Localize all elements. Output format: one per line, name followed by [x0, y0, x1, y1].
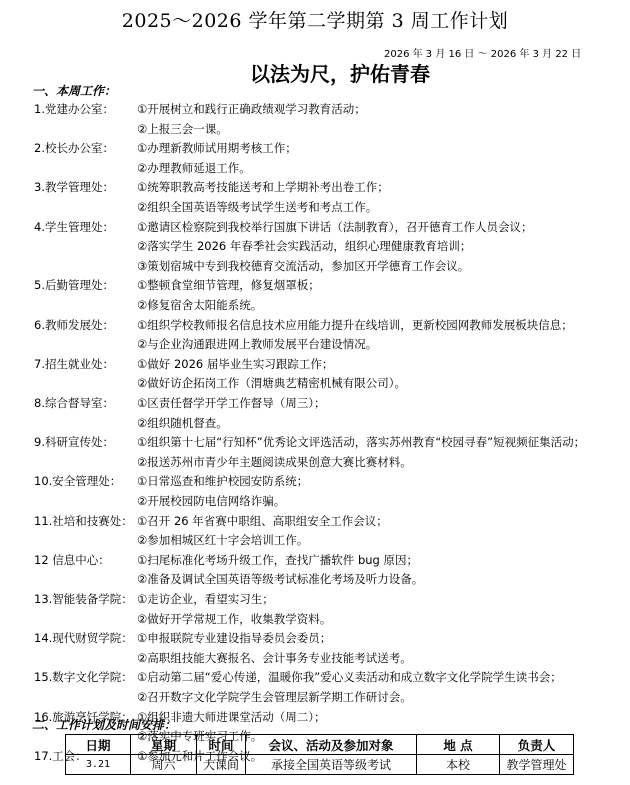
task-item: ①组织学校教师报名信息技术应用能力提升在线培训，更新校园网教师发展板块信息；	[137, 318, 573, 332]
task-item: ②上报三会一课。	[137, 122, 228, 136]
cell-date: 3.21	[66, 755, 131, 775]
task-item: ①区责任督学开学工作督导（周三）；	[137, 396, 326, 410]
department-name: 14.现代财贸学院：	[34, 631, 133, 645]
task-item: ②准备及调试全国英语等级考试标准化考场及听力设备。	[137, 572, 423, 586]
col-time: 时间	[197, 735, 246, 755]
department-name: 1.党建办公室：	[34, 102, 114, 116]
task-item: ②落实学生 2026 年春季社会实践活动，组织心理健康教育培训；	[137, 239, 471, 253]
task-item: ②报送苏州市青少年主题阅读成果创意大赛比赛材料。	[137, 455, 412, 469]
task-item: ②开展校园防电信网络诈骗。	[137, 494, 285, 508]
task-item: ①开展树立和践行正确政绩观学习教育活动；	[137, 102, 366, 116]
task-item: ①日常巡查和维护校园安防系统；	[137, 474, 308, 488]
task-item: ①邀请区检察院到我校举行国旗下讲话（法制教育），召开德育工作人员会议；	[137, 220, 533, 234]
task-item: ③策划宿城中专到我校德育交流活动，参加区开学德育工作会议。	[137, 259, 469, 273]
department-name: 12 信息中心：	[34, 553, 110, 567]
document-title: 2025～2026 学年第二学期第 3 周工作计划	[0, 6, 630, 33]
task-item: ②做好访企拓岗工作（渭塘典艺精密机械有限公司）。	[137, 376, 406, 390]
cell-weekday: 周六	[131, 755, 197, 775]
task-item: ②做好开学常规工作，收集教学资料。	[137, 612, 331, 626]
department-name: 4.学生管理处：	[34, 220, 114, 234]
cell-time: 大课间	[197, 755, 246, 775]
col-date: 日期	[66, 735, 131, 755]
task-item: ①召开 26 年省赛中职组、高职组安全工作会议；	[137, 514, 388, 528]
task-item: ②与企业沟通跟进网上教师发展平台建设情况。	[137, 337, 377, 351]
cell-location: 本校	[417, 755, 500, 775]
task-item: ①统筹职教高考技能送考和上学期补考出卷工作；	[137, 180, 389, 194]
department-name: 13.智能装备学院：	[34, 592, 133, 606]
task-item: ②高职组技能大赛报名、会计事务专业技能考试送考。	[137, 651, 412, 665]
department-name: 6.教师发展处：	[34, 318, 114, 332]
department-name: 8.综合督导室：	[34, 396, 114, 410]
table-row: 3.21 周六 大课间 承接全国英语等级考试 本校 教学管理处	[66, 755, 574, 775]
department-name: 15.数字文化学院：	[34, 670, 133, 684]
department-name: 11.社培和技赛处：	[34, 514, 133, 528]
table-header-row: 日期 星期 时间 会议、活动及参加对象 地 点 负责人	[66, 735, 574, 755]
cell-activity: 承接全国英语等级考试	[246, 755, 417, 775]
task-item: ①启动第二届“爱心传递，温暖你我”爱心义卖活动和成立数字文化学院学生读书会；	[137, 670, 562, 684]
task-item: ①办理新教师试用期考核工作；	[137, 141, 297, 155]
schedule-table: 日期 星期 时间 会议、活动及参加对象 地 点 负责人 3.21 周六 大课间 …	[65, 734, 574, 775]
task-item: ②组织全国英语等级考试学生送考和考点工作。	[137, 200, 377, 214]
department-name: 10.安全管理处：	[34, 474, 121, 488]
department-name: 7.招生就业处：	[34, 357, 114, 371]
task-item: ①做好 2026 届毕业生实习跟踪工作；	[137, 357, 333, 371]
task-item: ①扫尾标准化考场升级工作，查找广播软件 bug 原因；	[137, 553, 418, 567]
task-item: ①申报联院专业建设指导委员会委员；	[137, 631, 331, 645]
section1-heading: 一、本周工作：	[32, 82, 116, 99]
task-item: ②参加相城区红十字会培训工作。	[137, 533, 308, 547]
col-activity: 会议、活动及参加对象	[246, 735, 417, 755]
cell-owner: 教学管理处	[500, 755, 574, 775]
department-name: 2.校长办公室：	[34, 141, 114, 155]
task-item: ②办理教师延退工作。	[137, 161, 251, 175]
task-item: ②召开数字文化学院学生会管理层新学期工作研讨会。	[137, 690, 412, 704]
department-name: 5.后勤管理处：	[34, 278, 114, 292]
task-item: ②修复宿舍太阳能系统。	[137, 298, 262, 312]
task-item: ①走访企业，看望实习生；	[137, 592, 274, 606]
department-name: 9.科研宣传处：	[34, 435, 114, 449]
col-weekday: 星期	[131, 735, 197, 755]
col-location: 地 点	[417, 735, 500, 755]
col-owner: 负责人	[500, 735, 574, 755]
task-item: ②组织随机督查。	[137, 416, 228, 430]
task-item: ①组织第十七届“行知杯”优秀论文评选活动，落实苏州教育“校园寻春”短视频征集活动…	[137, 435, 585, 449]
task-item: ①整顿食堂细节管理，修复烟罩板；	[137, 278, 320, 292]
section2-heading: 二、工作计划及时间安排：	[32, 716, 176, 733]
department-name: 3.教学管理处：	[34, 180, 114, 194]
